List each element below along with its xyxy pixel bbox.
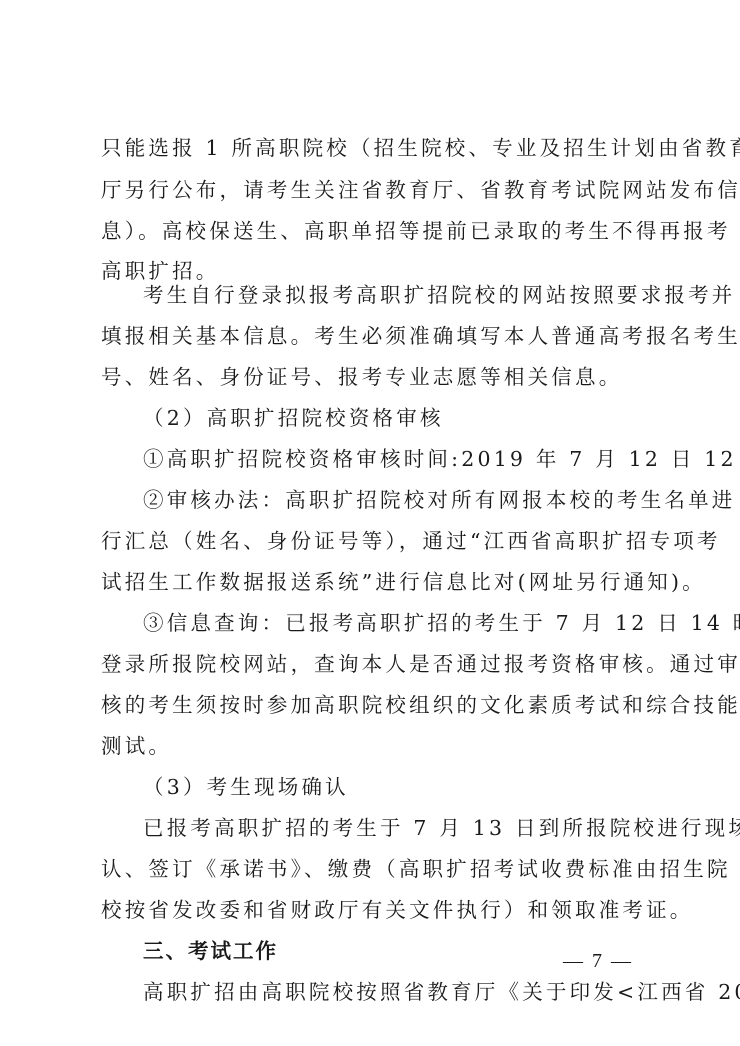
paragraph-line: 填报相关基本信息。考生必须准确填写本人普通高考报名考生 (101, 322, 661, 350)
paragraph-line: 认、签订《承诺书》、缴费（高职扩招考试收费标准由招生院 (101, 855, 661, 883)
paragraph-line: 已报考高职扩招的考生于 7 月 13 日到所报院校进行现场确 (143, 814, 661, 842)
paragraph-line: 核的考生须按时参加高职院校组织的文化素质考试和综合技能 (101, 691, 661, 719)
paragraph-line: 校按省发改委和省财政厅有关文件执行）和领取准考证。 (101, 896, 661, 924)
paragraph-line: 登录所报院校网站，查询本人是否通过报考资格审核。通过审 (101, 650, 661, 678)
section-subheading: （2）高职扩招院校资格审核 (143, 404, 661, 432)
paragraph-line: 只能选报 1 所高职院校（招生院校、专业及招生计划由省教育 (101, 134, 661, 162)
document-page: 只能选报 1 所高职院校（招生院校、专业及招生计划由省教育 厅另行公布，请考生关… (0, 0, 740, 1046)
paragraph-line: ②审核办法：高职扩招院校对所有网报本校的考生名单进 (143, 486, 661, 514)
paragraph-line: ①高职扩招院校资格审核时间:2019 年 7 月 12 日 12 时前。 (143, 445, 661, 473)
paragraph-line: 考生自行登录拟报考高职扩招院校的网站按照要求报考并 (143, 281, 661, 309)
paragraph-line: 试招生工作数据报送系统”进行信息比对(网址另行通知)。 (101, 568, 661, 596)
page-number: — 7 — (563, 950, 633, 973)
paragraph-line: 测试。 (101, 732, 661, 760)
paragraph-line: 厅另行公布，请考生关注省教育厅、省教育考试院网站发布信 (101, 176, 661, 204)
paragraph-line: 行汇总（姓名、身份证号等），通过“江西省高职扩招专项考 (101, 527, 661, 555)
paragraph-line: ③信息查询：已报考高职扩招的考生于 7 月 12 日 14 时后 (143, 609, 661, 637)
section-subheading: （3）考生现场确认 (143, 773, 661, 801)
paragraph-line: 号、姓名、身份证号、报考专业志愿等相关信息。 (101, 363, 661, 391)
paragraph-line: 高职扩招由高职院校按照省教育厅《关于印发<江西省 2019 (143, 978, 661, 1006)
paragraph-line: 息）。高校保送生、高职单招等提前已录取的考生不得再报考 (101, 217, 661, 245)
